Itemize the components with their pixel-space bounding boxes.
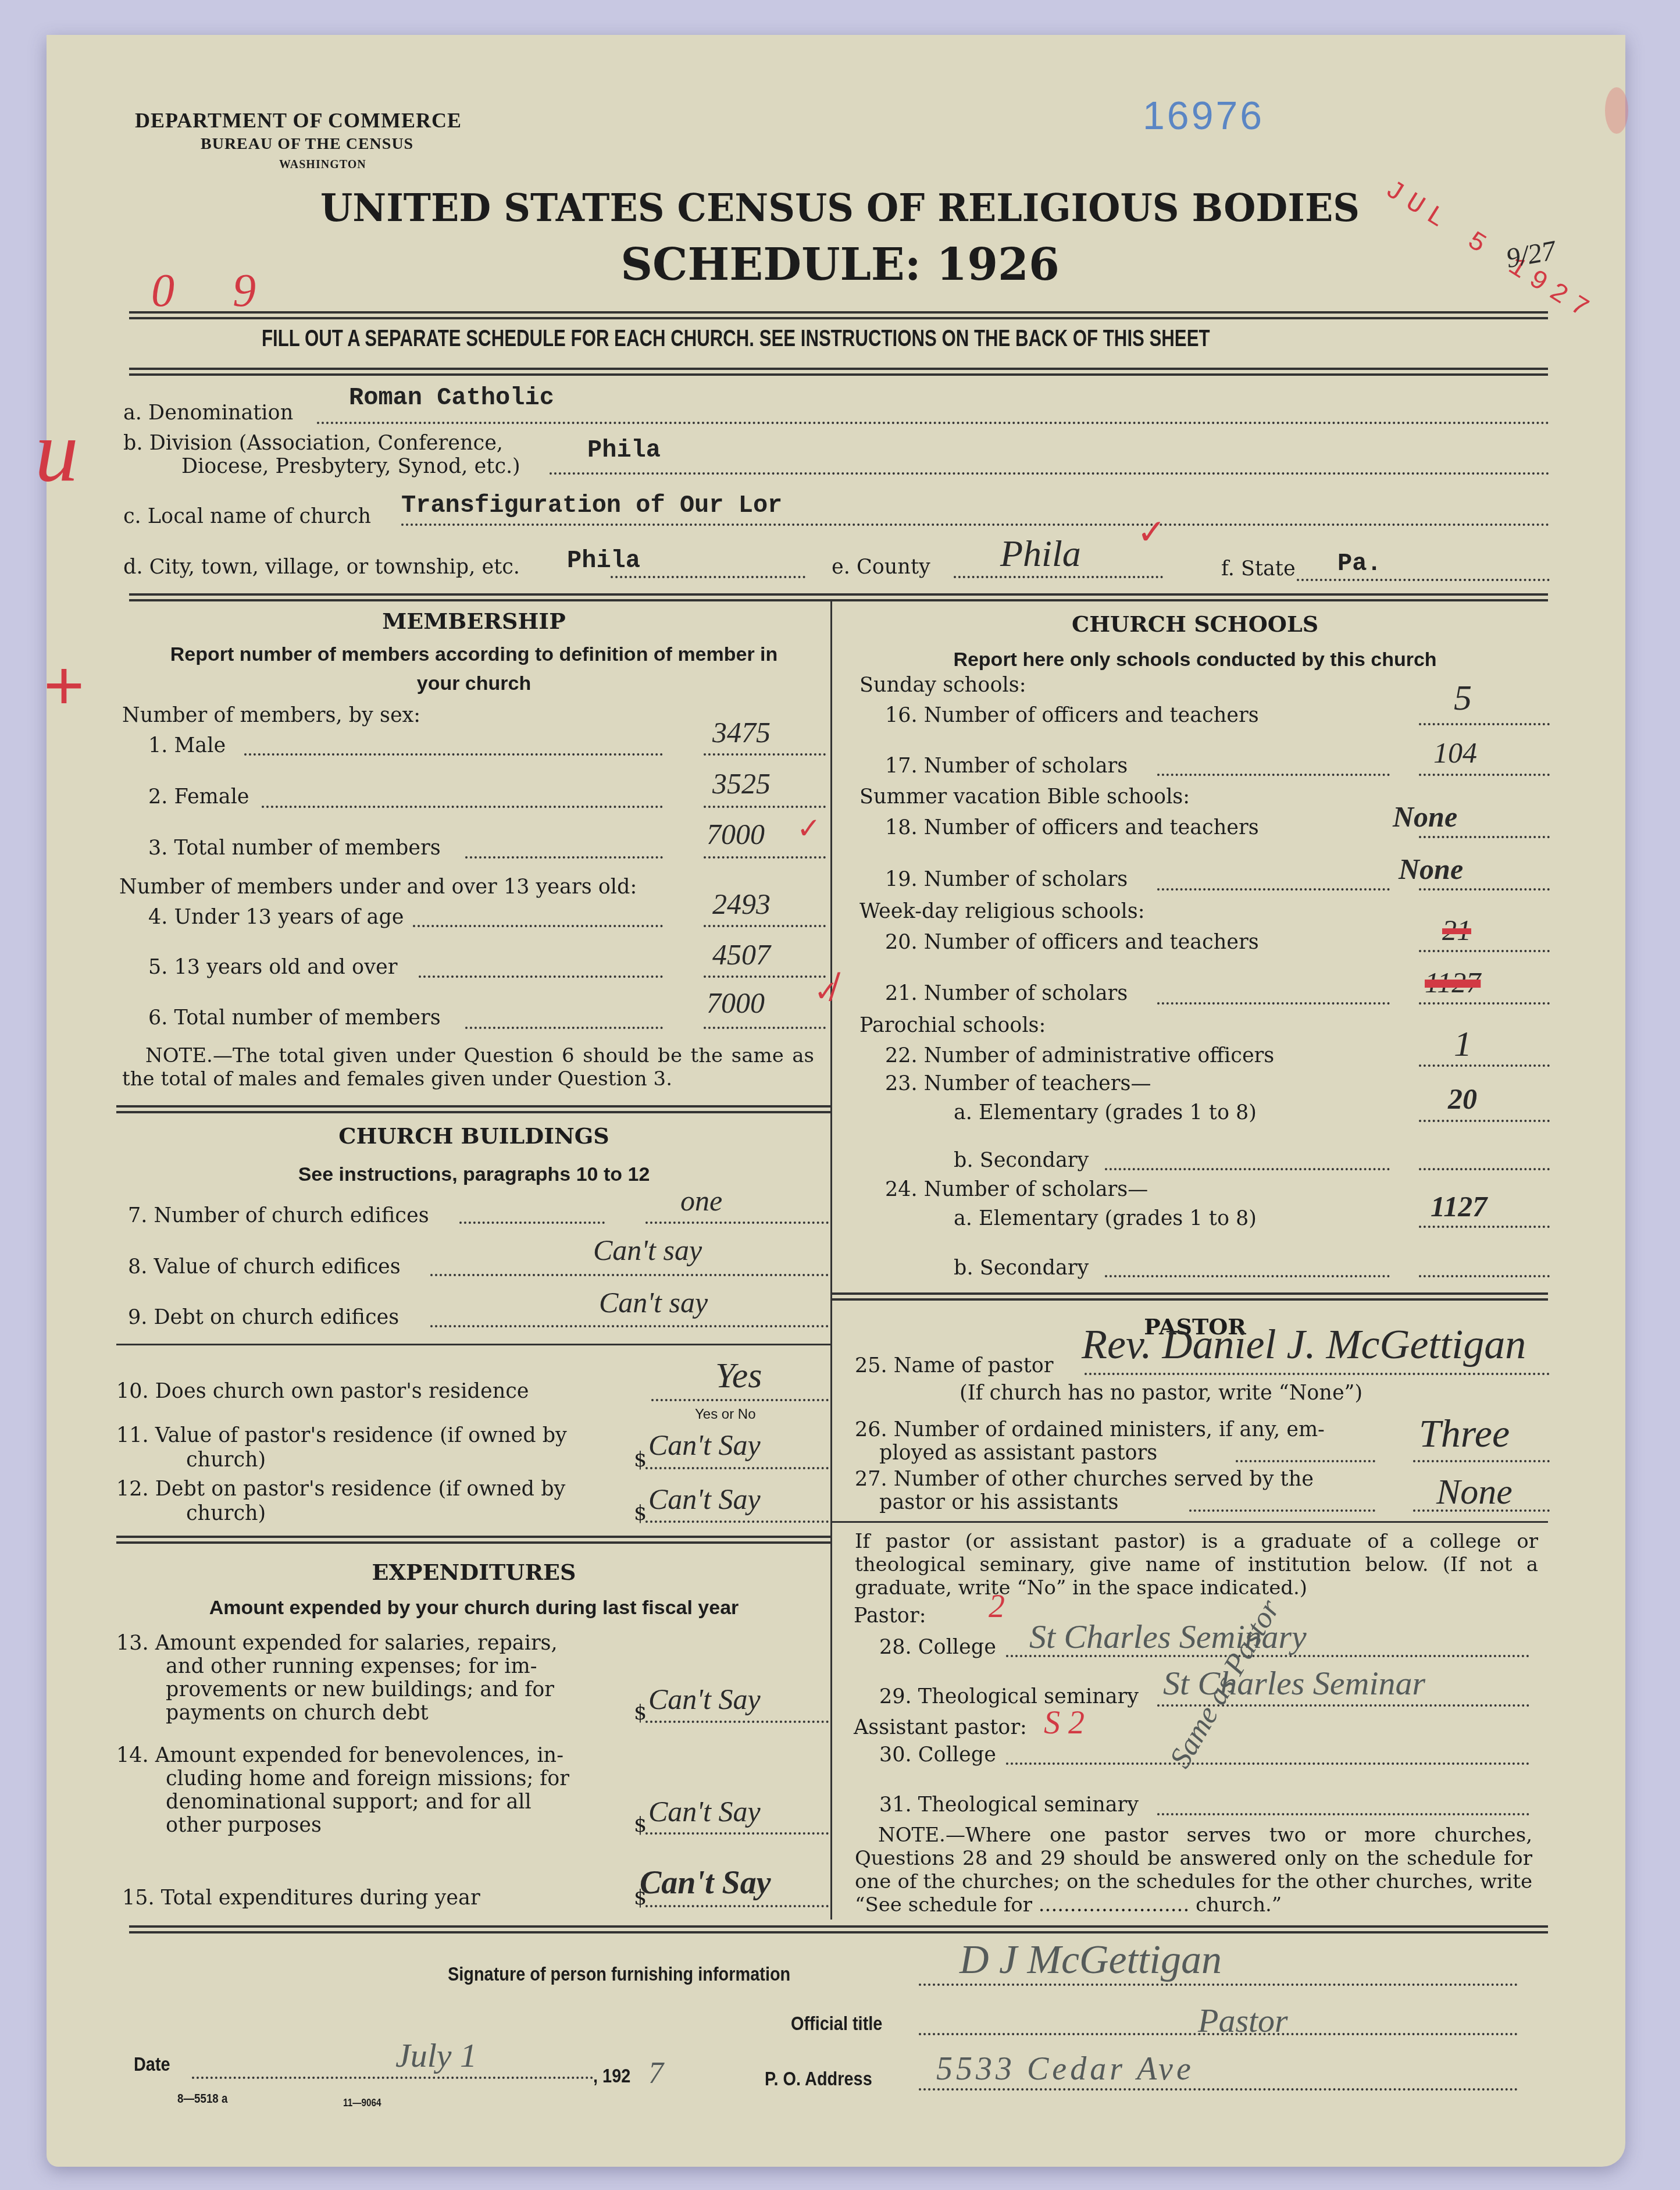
assistants-value: Three xyxy=(1419,1411,1510,1457)
red-checkmark-county: ✓ xyxy=(1137,512,1166,553)
total-members-value-1: 7000 xyxy=(707,817,765,851)
dollar-sign-12: $ xyxy=(634,1502,647,1525)
over-13-value: 4507 xyxy=(712,938,771,971)
schools-divider xyxy=(832,1292,1548,1301)
parochial-schools-label: Parochial schools: xyxy=(859,1014,1046,1037)
female-field[interactable] xyxy=(704,806,826,808)
exp13-line3: provements or new buildings; and for xyxy=(166,1678,554,1701)
members-by-sex-label: Number of members, by sex: xyxy=(122,704,420,727)
assistants-leader xyxy=(1236,1460,1375,1462)
male-leader xyxy=(244,753,663,756)
residence-debt-label-1: 12. Debt on pastor's residence (if owned… xyxy=(116,1477,565,1501)
address-field[interactable] xyxy=(919,2088,1518,2091)
q19-label: 19. Number of scholars xyxy=(885,868,1128,891)
date-field[interactable] xyxy=(192,2077,593,2079)
exp14-line3: denominational support; and for all xyxy=(166,1790,532,1814)
exp14-field[interactable] xyxy=(645,1832,829,1835)
over-13-leader xyxy=(419,975,663,978)
seminary-label: 29. Theological seminary xyxy=(879,1685,1139,1708)
over-13-field[interactable] xyxy=(704,975,826,978)
owns-residence-field[interactable] xyxy=(651,1399,829,1401)
county-label: e. County xyxy=(832,555,930,579)
female-value: 3525 xyxy=(712,767,771,800)
exp13-field[interactable] xyxy=(645,1721,829,1723)
exp13-line2: and other running expenses; for im- xyxy=(166,1655,537,1678)
exp15-value: Can't Say xyxy=(640,1864,771,1901)
edifices-debt-label: 9. Debt on church edifices xyxy=(128,1306,399,1329)
header-divider-top xyxy=(129,311,1548,319)
bureau-label: BUREAU OF THE CENSUS xyxy=(201,135,413,154)
asst-seminary-field[interactable] xyxy=(1157,1813,1529,1815)
q16-label: 16. Number of officers and teachers xyxy=(885,704,1259,727)
q22-value: 1 xyxy=(1454,1024,1472,1065)
exp14-line1: 14. Amount expended for benevolences, in… xyxy=(116,1744,563,1767)
edifices-value-label: 8. Value of church edifices xyxy=(128,1255,401,1279)
form-number: 8—5518 a xyxy=(177,2091,227,2106)
edifices-count-field[interactable] xyxy=(645,1222,829,1224)
expenditures-subheading: Amount expended by your church during la… xyxy=(116,1597,832,1619)
buildings-divider xyxy=(116,1536,830,1544)
edifices-debt-field[interactable] xyxy=(430,1325,829,1327)
signature-label: Signature of person furnishing informati… xyxy=(448,1963,790,1986)
exp14-line4: other purposes xyxy=(166,1814,322,1837)
pastor-divider xyxy=(832,1521,1548,1523)
college-label: 28. College xyxy=(879,1636,996,1659)
asst-college-field[interactable] xyxy=(1006,1762,1529,1765)
red-tick-q21: / xyxy=(829,966,840,1006)
signature-value: D J McGettigan xyxy=(960,1937,1222,1984)
q18-label: 18. Number of officers and teachers xyxy=(885,816,1259,839)
schools-heading: CHURCH SCHOOLS xyxy=(832,611,1558,637)
total-members-value-2: 7000 xyxy=(707,986,765,1020)
state-value: Pa. xyxy=(1337,550,1382,578)
residence-value-value: Can't Say xyxy=(648,1428,761,1462)
exp14-value: Can't Say xyxy=(648,1794,761,1828)
q24-label: 24. Number of scholars— xyxy=(885,1178,1148,1201)
red-smudge-mark xyxy=(1605,87,1628,134)
female-leader xyxy=(262,806,663,808)
total-members-label-2: 6. Total number of members xyxy=(148,1006,441,1030)
membership-subheading: Report number of members according to de… xyxy=(163,640,785,698)
members-by-age-label: Number of members under and over 13 year… xyxy=(119,875,637,899)
pastor-name-field[interactable] xyxy=(1085,1373,1550,1375)
buildings-mid-divider xyxy=(116,1344,830,1345)
footer-divider xyxy=(129,1925,1548,1933)
q21-leader xyxy=(1157,1002,1390,1005)
membership-note: NOTE.—The total given under Question 6 s… xyxy=(122,1044,814,1091)
edifices-value-field[interactable] xyxy=(430,1274,829,1276)
under-13-label: 4. Under 13 years of age xyxy=(148,906,404,929)
edifices-value-value: Can't say xyxy=(593,1233,702,1267)
assistant-red-mark: S 2 xyxy=(1044,1704,1085,1742)
total-members-leader-2 xyxy=(465,1027,663,1029)
exp13-line4: payments on church debt xyxy=(166,1701,429,1725)
exp13-line1: 13. Amount expended for salaries, repair… xyxy=(116,1632,558,1655)
identification-divider xyxy=(129,593,1548,601)
q23a-field[interactable] xyxy=(1419,1120,1550,1122)
under-13-value: 2493 xyxy=(712,887,771,921)
buildings-subheading: See instructions, paragraphs 10 to 12 xyxy=(116,1163,832,1186)
total-members-field-2[interactable] xyxy=(704,1027,826,1029)
denomination-label: a. Denomination xyxy=(123,401,293,425)
print-number: 11—9064 xyxy=(343,2097,381,2109)
under-13-field[interactable] xyxy=(704,925,826,927)
pastor-red-mark: 2 xyxy=(989,1588,1005,1625)
residence-debt-label-2: church) xyxy=(186,1502,266,1525)
q20-label: 20. Number of officers and teachers xyxy=(885,931,1259,954)
weekday-schools-label: Week-day religious schools: xyxy=(859,900,1144,923)
total-members-label-1: 3. Total number of members xyxy=(148,836,441,860)
asst-seminary-label: 31. Theological seminary xyxy=(879,1793,1139,1817)
q23a-label: a. Elementary (grades 1 to 8) xyxy=(954,1101,1257,1124)
other-churches-value: None xyxy=(1436,1472,1513,1513)
male-label: 1. Male xyxy=(148,734,226,757)
q22-field[interactable] xyxy=(1419,1064,1550,1067)
q22-label: 22. Number of administrative officers xyxy=(885,1044,1274,1067)
owns-residence-value: Yes xyxy=(715,1355,762,1397)
q24a-field[interactable] xyxy=(1419,1226,1550,1228)
margin-mark-plus: + xyxy=(44,646,84,726)
exp14-line2: cluding home and foreign missions; for xyxy=(166,1767,569,1790)
pastor-note: NOTE.—Where one pastor serves two or mor… xyxy=(855,1824,1532,1917)
year-suffix: 7 xyxy=(648,2056,664,2091)
q23b-leader xyxy=(1105,1168,1390,1170)
other-churches-leader xyxy=(1189,1509,1375,1512)
residence-value-label-2: church) xyxy=(186,1448,266,1472)
exp13-value: Can't Say xyxy=(648,1682,761,1716)
q21-value-struck: 1127 xyxy=(1425,966,1481,999)
pastor-name-hint: (If church has no pastor, write “None”) xyxy=(960,1381,1362,1405)
red-handwritten-mark: 0 9 xyxy=(151,265,279,318)
header-divider-bottom xyxy=(129,368,1548,376)
female-label: 2. Female xyxy=(148,785,249,809)
edifices-count-label: 7. Number of church edifices xyxy=(128,1204,429,1227)
city-label: WASHINGTON xyxy=(279,158,366,172)
q18-value: None xyxy=(1393,800,1457,834)
membership-heading: MEMBERSHIP xyxy=(116,608,832,634)
yes-or-no-hint: Yes or No xyxy=(695,1406,756,1423)
year-prefix: , 192 xyxy=(593,2065,630,2088)
q24b-leader xyxy=(1105,1275,1390,1277)
local-name-field[interactable] xyxy=(401,524,1550,526)
local-name-value: Transfiguration of Our Lor xyxy=(401,492,782,519)
schools-subheading: Report here only schools conducted by th… xyxy=(832,649,1558,671)
city-value: Phila xyxy=(567,547,640,575)
summer-schools-label: Summer vacation Bible schools: xyxy=(859,785,1190,809)
q23-label: 23. Number of teachers— xyxy=(885,1072,1151,1095)
residence-debt-field[interactable] xyxy=(645,1520,829,1523)
division-label-line2: Diocese, Presbytery, Synod, etc.) xyxy=(181,455,520,478)
q16-value: 5 xyxy=(1454,678,1472,719)
instruction-banner: FILL OUT A SEPARATE SCHEDULE FOR EACH CH… xyxy=(262,326,1210,352)
assistants-label-1: 26. Number of ordained ministers, if any… xyxy=(855,1418,1325,1441)
other-churches-label-1: 27. Number of other churches served by t… xyxy=(855,1468,1314,1491)
division-field[interactable] xyxy=(550,472,1550,475)
q24b-label: b. Secondary xyxy=(954,1256,1089,1280)
sunday-schools-label: Sunday schools: xyxy=(859,674,1026,697)
column-divider xyxy=(830,599,832,1920)
q17-field[interactable] xyxy=(1419,774,1550,776)
q23b-field[interactable] xyxy=(1419,1168,1550,1170)
red-checkmark-total-1: ✓ xyxy=(797,811,821,845)
q19-value: None xyxy=(1399,852,1463,886)
other-churches-label-2: pastor or his assistants xyxy=(879,1491,1118,1514)
county-field[interactable] xyxy=(954,576,1163,578)
city-label-field: d. City, town, village, or township, etc… xyxy=(123,555,520,579)
q20-field[interactable] xyxy=(1419,950,1550,952)
membership-divider xyxy=(116,1105,830,1113)
q23b-label: b. Secondary xyxy=(954,1149,1089,1172)
dollar-sign-11: $ xyxy=(634,1448,647,1472)
dollar-sign-13: $ xyxy=(634,1701,647,1725)
state-field[interactable] xyxy=(1297,579,1550,581)
department-label: DEPARTMENT OF COMMERCE xyxy=(135,108,462,133)
asst-college-label: 30. College xyxy=(879,1743,996,1767)
q24a-value: 1127 xyxy=(1431,1190,1487,1223)
owns-residence-label: 10. Does church own pastor's residence xyxy=(116,1380,529,1403)
address-label: P. O. Address xyxy=(765,2068,872,2091)
residence-value-field[interactable] xyxy=(645,1467,829,1469)
pastor-name-value: Rev. Daniel J. McGettigan xyxy=(1082,1320,1526,1369)
city-field[interactable] xyxy=(611,576,805,578)
official-title-value: Pastor xyxy=(1198,2001,1288,2040)
q16-field[interactable] xyxy=(1419,723,1550,725)
county-value: Phila xyxy=(1000,532,1081,575)
male-value: 3475 xyxy=(712,715,771,749)
margin-mark-u: u xyxy=(35,401,79,501)
male-field[interactable] xyxy=(704,753,826,756)
q17-label: 17. Number of scholars xyxy=(885,754,1128,778)
q19-leader xyxy=(1157,888,1390,891)
dollar-sign-14: $ xyxy=(634,1814,647,1837)
q24b-field[interactable] xyxy=(1419,1275,1550,1277)
pastor-education-label: Pastor: xyxy=(854,1604,926,1628)
total-members-leader-1 xyxy=(465,856,663,859)
address-value: 5533 Cedar Ave xyxy=(936,2050,1194,2088)
q19-field[interactable] xyxy=(1419,888,1550,891)
buildings-heading: CHURCH BUILDINGS xyxy=(116,1123,832,1149)
edifices-debt-value: Can't say xyxy=(599,1285,708,1319)
exp15-label: 15. Total expenditures during year xyxy=(122,1886,480,1910)
serial-number: 16976 xyxy=(1143,93,1264,138)
denomination-field[interactable] xyxy=(317,422,1550,424)
residence-debt-value: Can't Say xyxy=(648,1482,761,1516)
local-name-label: c. Local name of church xyxy=(123,505,371,528)
date-label: Date xyxy=(134,2053,170,2076)
education-intro: If pastor (or assistant pastor) is a gra… xyxy=(855,1530,1538,1600)
official-title-label: Official title xyxy=(791,2013,882,2035)
exp15-field[interactable] xyxy=(645,1905,829,1907)
assistants-label-2: ployed as assistant pastors xyxy=(879,1441,1157,1465)
expenditures-heading: EXPENDITURES xyxy=(116,1559,832,1585)
denomination-value: Roman Catholic xyxy=(349,384,554,412)
total-members-field-1[interactable] xyxy=(704,856,826,859)
pastor-name-label: 25. Name of pastor xyxy=(855,1354,1054,1377)
state-label: f. State xyxy=(1221,557,1296,581)
assistant-education-label: Assistant pastor: xyxy=(854,1716,1027,1739)
edifices-count-value: one xyxy=(680,1184,722,1217)
q21-label: 21. Number of scholars xyxy=(885,982,1128,1005)
form-title: UNITED STATES CENSUS OF RELIGIOUS BODIES xyxy=(34,185,1646,230)
q21-field[interactable] xyxy=(1419,1002,1550,1005)
q20-value-struck: 21 xyxy=(1442,913,1471,947)
date-value: July 1 xyxy=(395,2036,477,2075)
q23a-value: 20 xyxy=(1448,1082,1477,1116)
under-13-leader xyxy=(413,925,663,927)
edifices-count-leader xyxy=(459,1222,605,1224)
q24a-label: a. Elementary (grades 1 to 8) xyxy=(954,1207,1257,1230)
q17-leader xyxy=(1157,774,1390,776)
signature-field[interactable] xyxy=(919,1984,1518,1986)
over-13-label: 5. 13 years old and over xyxy=(148,956,397,979)
division-label-line1: b. Division (Association, Conference, xyxy=(123,432,503,455)
residence-value-label-1: 11. Value of pastor's residence (if owne… xyxy=(116,1424,567,1447)
assistants-field[interactable] xyxy=(1413,1460,1550,1462)
q17-value: 104 xyxy=(1433,736,1477,770)
q18-field[interactable] xyxy=(1419,836,1550,838)
division-value: Phila xyxy=(587,436,661,464)
